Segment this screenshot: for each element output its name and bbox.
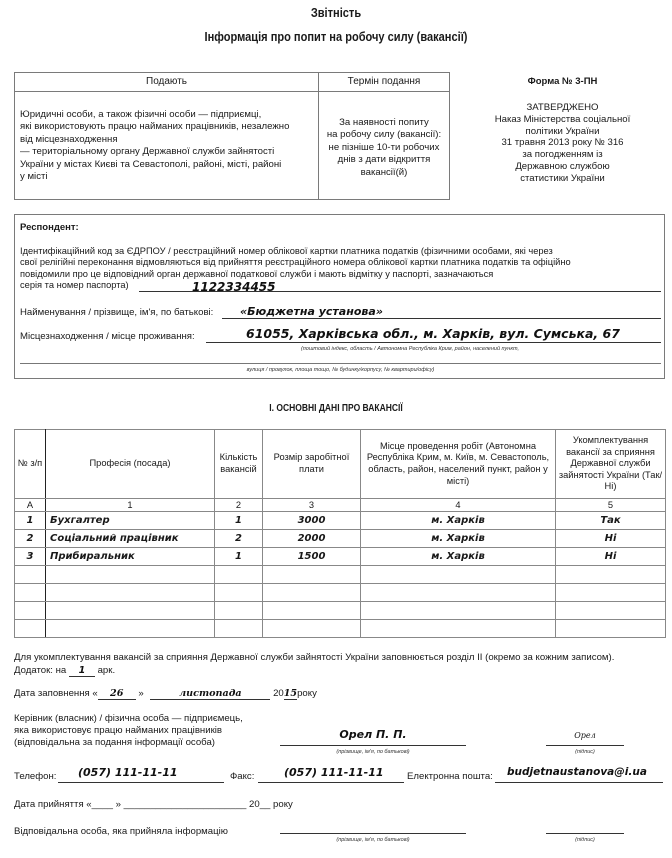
- table-header-row: № з/п Професія (посада) Кількість ваканс…: [15, 430, 666, 499]
- report-title: Звітність: [50, 5, 621, 20]
- vacancies-table: № з/п Професія (посада) Кількість ваканс…: [14, 429, 666, 638]
- col-salary: Розмір заробітної плати: [263, 430, 361, 499]
- name-field-line: [222, 318, 661, 319]
- email-field-line: [495, 782, 663, 783]
- address-field[interactable]: 61055, Харківська обл., м. Харків, вул. …: [246, 326, 620, 341]
- approval-block: ЗАТВЕРДЖЕНО Наказ Міністерства соціально…: [455, 102, 670, 185]
- col-number: № з/п: [15, 430, 46, 499]
- accepted-by-name-hint: (прізвище, ім'я, по батькові): [280, 837, 466, 843]
- phone-field-line: [58, 782, 224, 783]
- table-row: 2 Соціальний працівник 2 2000 м. Харків …: [15, 530, 666, 548]
- table-row: 3 Прибиральник 1 1500 м. Харків Ні: [15, 548, 666, 566]
- submitters-text: Юридичні особи, а також фізичні особи — …: [20, 109, 315, 183]
- name-label: Найменування / прізвище, ім'я, по батько…: [20, 307, 213, 318]
- address-field-line: [206, 342, 661, 343]
- head-signature-line: [546, 745, 624, 746]
- appendix-line: Додаток: на 1 арк.: [14, 665, 115, 677]
- phone-field[interactable]: (057) 111-11-11: [78, 766, 178, 779]
- fax-field[interactable]: (057) 111-11-11: [284, 766, 384, 779]
- deadline-header: Термін подання: [319, 76, 449, 87]
- table-index-row: А 1 2 3 4 5: [15, 499, 666, 512]
- accepted-by-label: Відповідальна особа, яка прийняла інформ…: [14, 826, 228, 837]
- accepted-by-signature-line[interactable]: [546, 833, 624, 834]
- submitters-header: Подають: [15, 76, 318, 87]
- fill-year-field[interactable]: 15: [284, 688, 297, 700]
- col-profession: Професія (посада): [46, 430, 215, 499]
- head-name-hint: (прізвище, ім'я, по батькові): [280, 749, 466, 755]
- appendix-count-field[interactable]: 1: [69, 665, 95, 677]
- col-staffing: Укомплектування вакансії за сприяння Дер…: [556, 430, 666, 499]
- respondent-box: [14, 214, 665, 379]
- address-hint-1: (поштовий індекс, область / Автономна Ре…: [200, 346, 620, 352]
- accepted-by-name-line[interactable]: [280, 833, 466, 834]
- section-title: I. ОСНОВНІ ДАНІ ПРО ВАКАНСІЇ: [50, 403, 621, 414]
- email-field[interactable]: budjetnaustanova@i.ua: [507, 766, 647, 778]
- head-signature-hint: (підпис): [546, 749, 624, 755]
- submission-table: Подають Термін подання Юридичні особи, а…: [14, 72, 450, 200]
- col-location: Місце проведення робіт (Автономна Респуб…: [361, 430, 556, 499]
- address-line-2: [20, 363, 661, 364]
- table-row-empty: [15, 584, 666, 602]
- fax-field-line: [258, 782, 404, 783]
- table-row-empty: [15, 566, 666, 584]
- respondent-id-description: Ідентифікаційний код за ЄДРПОУ / реєстра…: [20, 246, 660, 292]
- report-subtitle: Інформація про попит на робочу силу (вак…: [50, 29, 621, 44]
- email-label: Електронна пошта:: [407, 771, 493, 782]
- head-name-line: [280, 745, 466, 746]
- deadline-text: За наявності попиту на робочу силу (вака…: [319, 117, 449, 179]
- col-count: Кількість вакансій: [215, 430, 263, 499]
- fill-month-field[interactable]: листопада: [150, 688, 270, 700]
- accepted-by-signature-hint: (підпис): [546, 837, 624, 843]
- head-name-field[interactable]: Орел П. П.: [280, 728, 466, 741]
- head-signature[interactable]: Орел: [546, 731, 624, 740]
- name-field[interactable]: «Бюджетна установа»: [240, 305, 383, 318]
- phone-label: Телефон:: [14, 771, 56, 782]
- address-hint-2: вулиця / провулок, площа тощо, № будинку…: [20, 367, 661, 373]
- table-row-empty: [15, 620, 666, 638]
- accept-date-line[interactable]: Дата прийняття «____ » _________________…: [14, 799, 293, 810]
- id-field[interactable]: 1122334455: [192, 280, 276, 294]
- form-number: Форма № 3-ПН: [455, 76, 670, 87]
- fax-label: Факс:: [230, 771, 254, 782]
- section2-note: Для укомплектування вакансій за сприяння…: [14, 652, 669, 663]
- respondent-label: Респондент:: [20, 222, 79, 233]
- head-label: Керівник (власник) / фізична особа — під…: [14, 713, 243, 748]
- table-row: 1 Бухгалтер 1 3000 м. Харків Так: [15, 512, 666, 530]
- fill-day-field[interactable]: 26: [98, 688, 136, 700]
- table-row-empty: [15, 602, 666, 620]
- address-label: Місцезнаходження / місце проживання:: [20, 331, 195, 342]
- fill-date-line: Дата заповнення «26 » листопада 2015року: [14, 688, 317, 700]
